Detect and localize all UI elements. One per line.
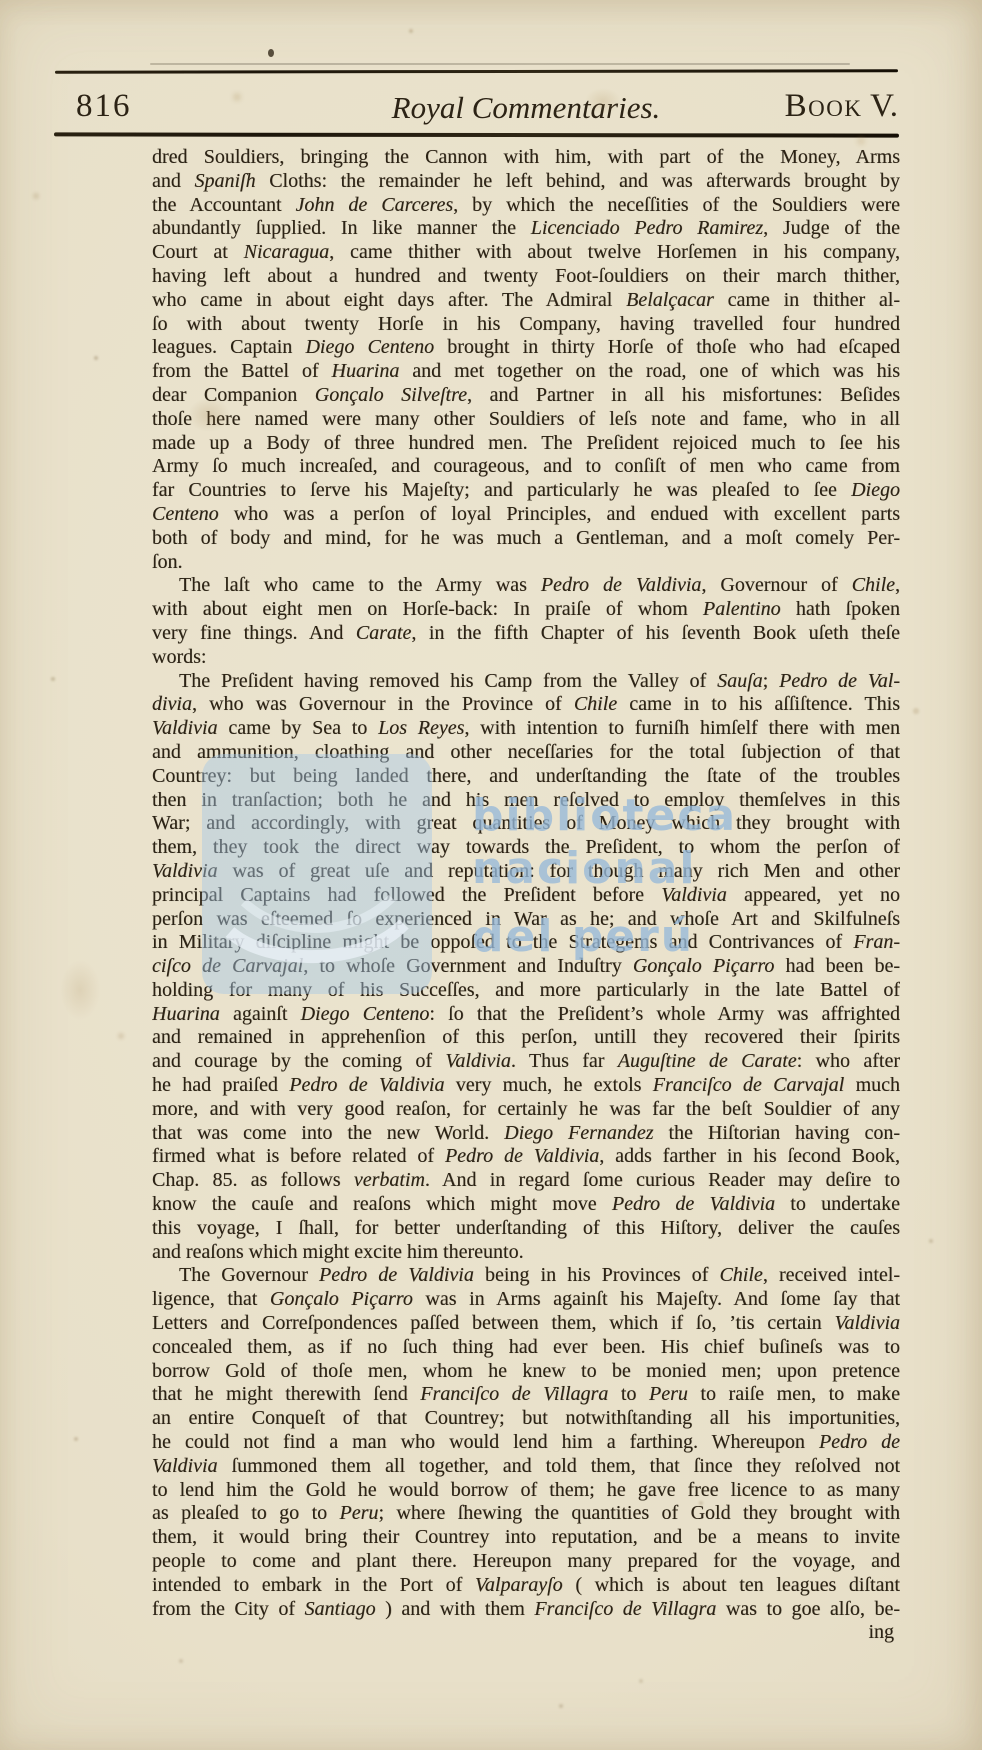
text-line: more, and with very good reaſon, for cer… — [152, 1098, 900, 1122]
book-label: Book V. — [785, 88, 898, 125]
text-line: this voyage, I ſhall, for better underſt… — [152, 1217, 900, 1241]
text-line: Valdivia was of great uſe and reputation… — [152, 860, 900, 884]
text-block: dred Souldiers, bringing the Cannon with… — [152, 146, 900, 1621]
paper-stain — [60, 960, 100, 1020]
text-line: ligence, that Gonçalo Piçarro was in Arm… — [152, 1288, 900, 1312]
text-line: Huarina againſt Diego Centeno: ſo that t… — [152, 1003, 900, 1027]
text-line: as pleaſed to go to Peru; where ſhewing … — [152, 1502, 900, 1526]
text-line: he had praiſed Pedro de Valdivia very mu… — [152, 1074, 900, 1098]
text-line: borrow Gold of thoſe men, whom he knew t… — [152, 1360, 900, 1384]
text-line: and ammunition, cloathing and other nece… — [152, 741, 900, 765]
text-line: Countrey: but being landed there, and un… — [152, 765, 900, 789]
text-line: thoſe here named were many other Souldie… — [152, 408, 900, 432]
text-line: perſon was eſteemed ſo experienced in Wa… — [152, 908, 900, 932]
text-line: with about eight men on Horſe-back: In p… — [152, 598, 900, 622]
text-line: War; and accordingly, with great quantit… — [152, 812, 900, 836]
text-line: abundantly ſupplied. In like manner the … — [152, 217, 900, 241]
text-line: Valdivia came by Sea to Los Reyes, with … — [152, 717, 900, 741]
text-line: ſo with about twenty Horſe in his Compan… — [152, 313, 900, 337]
text-line: then in tranſaction; both he and his men… — [152, 789, 900, 813]
text-line: very fine things. And Carate, in the fif… — [152, 622, 900, 646]
text-line: divia, who was Governour in the Province… — [152, 693, 900, 717]
text-line: and reaſons which might excite him there… — [152, 1241, 900, 1265]
book-numeral: V. — [870, 88, 898, 124]
text-line: ſon. — [152, 551, 900, 575]
text-line: The Preſident having removed his Camp fr… — [152, 670, 900, 694]
text-line: he could not find a man who would lend h… — [152, 1431, 900, 1455]
text-line: holding for many of his Succeſſes, and m… — [152, 979, 900, 1003]
text-line: them, it would bring their Countrey into… — [152, 1526, 900, 1550]
text-line: and courage by the coming of Valdivia. T… — [152, 1050, 900, 1074]
header-bottom-rule — [54, 132, 899, 137]
text-line: intended to embark in the Port of Valpar… — [152, 1574, 900, 1598]
page-number: 816 — [76, 88, 132, 125]
text-line: from the Battel of Huarina and met toget… — [152, 360, 900, 384]
text-line: an entire Conqueſt of that Countrey; but… — [152, 1407, 900, 1431]
top-rule-ghost — [150, 63, 850, 65]
text-line: dred Souldiers, bringing the Cannon with… — [152, 146, 900, 170]
catchword: ing — [152, 1621, 900, 1645]
text-line: to lend him the Gold he would borrow of … — [152, 1479, 900, 1503]
text-line: that he might therewith ſend Franciſco d… — [152, 1383, 900, 1407]
text-line: people to come and plant there. Hereupon… — [152, 1550, 900, 1574]
text-line: Centeno who was a perſon of loyal Princi… — [152, 503, 900, 527]
text-line: the Accountant John de Carceres, by whic… — [152, 194, 900, 218]
text-line: words: — [152, 646, 900, 670]
text-line: ciſco de Carvajal, to whoſe Government a… — [152, 955, 900, 979]
text-line: having left about a hundred and twenty F… — [152, 265, 900, 289]
text-line: made up a Body of three hundred men. The… — [152, 432, 900, 456]
text-line: dear Companion Gonçalo Silveſtre, and Pa… — [152, 384, 900, 408]
text-line: from the City of Santiago ) and with the… — [152, 1598, 900, 1622]
text-line: Court at Nicaragua, came thither with ab… — [152, 241, 900, 265]
text-line: The Governour Pedro de Valdivia being in… — [152, 1264, 900, 1288]
text-line: Letters and Correſpondences paſſed betwe… — [152, 1312, 900, 1336]
text-line: leagues. Captain Diego Centeno brought i… — [152, 336, 900, 360]
top-rule — [55, 69, 898, 73]
text-line: Army ſo much increaſed, and courageous, … — [152, 455, 900, 479]
text-line: concealed them, as if no ſuch thing had … — [152, 1336, 900, 1360]
text-line: and remained in apprehenſion of this per… — [152, 1026, 900, 1050]
text-line: in Military diſcipline might be oppoſed … — [152, 931, 900, 955]
text-line: principal Captains had followed the Preſ… — [152, 884, 900, 908]
text-line: them, they took the direct way towards t… — [152, 836, 900, 860]
scanned-book-page: { "colors": { "paper": "#e8e0c9", "ink":… — [0, 0, 982, 1750]
text-line: who came in about eight days after. The … — [152, 289, 900, 313]
text-line: The laſt who came to the Army was Pedro … — [152, 574, 900, 598]
text-line: both of body and mind, for he was much a… — [152, 527, 900, 551]
text-line: Valdivia ſummoned them all together, and… — [152, 1455, 900, 1479]
text-line: far Countries to ſerve his Majeſty; and … — [152, 479, 900, 503]
text-line: that was come into the new World. Diego … — [152, 1122, 900, 1146]
paper-speckles — [0, 0, 2, 2]
book-word: Book — [785, 88, 863, 124]
text-line: firmed what is before related of Pedro d… — [152, 1145, 900, 1169]
text-line: Chap. 85. as follows verbatim. And in re… — [152, 1169, 900, 1193]
ink-spot — [268, 49, 274, 57]
text-line: and Spaniſh Cloths: the remainder he lef… — [152, 170, 900, 194]
text-line: know the cauſe and reaſons which might m… — [152, 1193, 900, 1217]
